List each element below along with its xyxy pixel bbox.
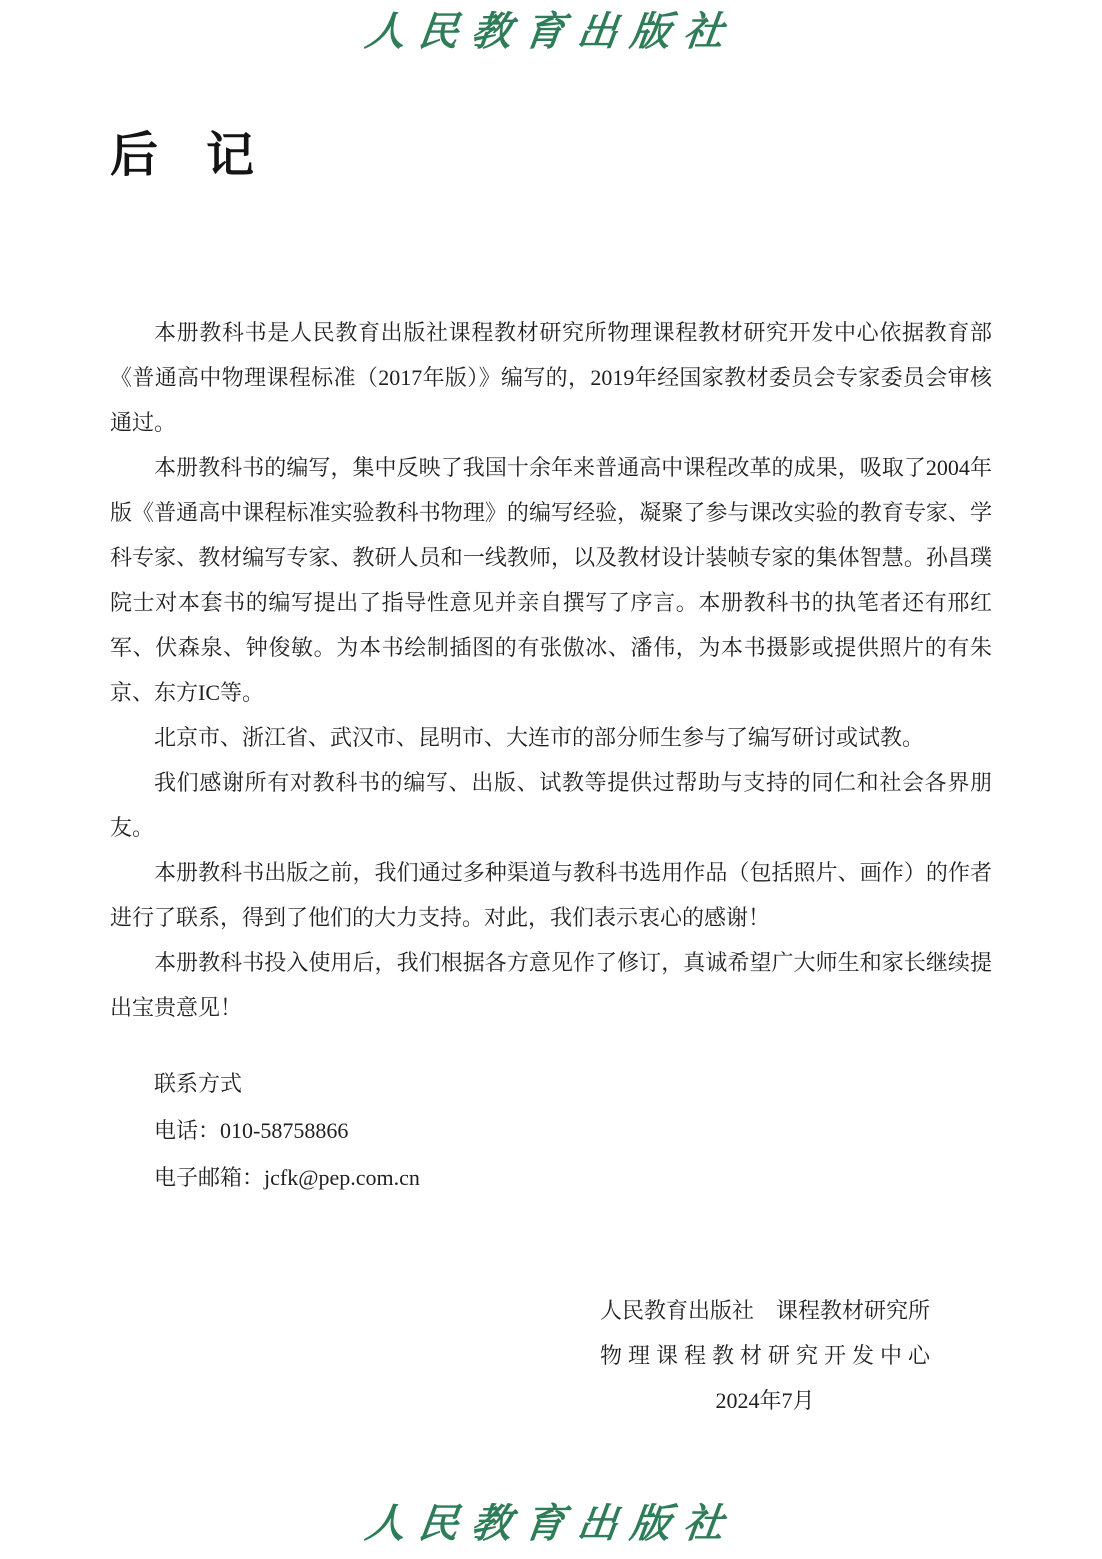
- contact-phone: 电话：010-58758866: [110, 1107, 420, 1154]
- signature-block: 人民教育出版社 课程教材研究所 物理课程教材研究开发中心 2024年7月: [600, 1288, 930, 1423]
- body-paragraph: 北京市、浙江省、武汉市、昆明市、大连市的部分师生参与了编写研讨或试教。: [110, 715, 992, 760]
- body-paragraph: 本册教科书出版之前，我们通过多种渠道与教科书选用作品（包括照片、画作）的作者进行…: [110, 850, 992, 940]
- contact-email: 电子邮箱：jcfk@pep.com.cn: [110, 1154, 420, 1201]
- contact-heading: 联系方式: [110, 1060, 420, 1107]
- signature-publisher-line: 人民教育出版社 课程教材研究所: [600, 1288, 930, 1333]
- body-paragraph: 本册教科书的编写，集中反映了我国十余年来普通高中课程改革的成果，吸取了2004年…: [110, 445, 992, 715]
- body-text: 本册教科书是人民教育出版社课程教材研究所物理课程教材研究开发中心依据教育部《普通…: [110, 310, 992, 1030]
- publisher-logo-calligraphy-bottom: 人民教育出版社: [0, 1500, 1102, 1548]
- publisher-logo-calligraphy-top: 人民教育出版社: [0, 8, 1102, 56]
- body-paragraph: 我们感谢所有对教科书的编写、出版、试教等提供过帮助与支持的同仁和社会各界朋友。: [110, 760, 992, 850]
- signature-center-line: 物理课程教材研究开发中心: [600, 1333, 936, 1378]
- afterword-page: 人民教育出版社 后 记 本册教科书是人民教育出版社课程教材研究所物理课程教材研究…: [0, 0, 1102, 1559]
- body-paragraph: 本册教科书是人民教育出版社课程教材研究所物理课程教材研究开发中心依据教育部《普通…: [110, 310, 992, 445]
- contact-info: 联系方式 电话：010-58758866 电子邮箱：jcfk@pep.com.c…: [110, 1060, 420, 1201]
- body-paragraph: 本册教科书投入使用后，我们根据各方意见作了修订，真诚希望广大师生和家长继续提出宝…: [110, 940, 992, 1030]
- signature-date: 2024年7月: [600, 1378, 930, 1423]
- page-title: 后 记: [110, 126, 254, 186]
